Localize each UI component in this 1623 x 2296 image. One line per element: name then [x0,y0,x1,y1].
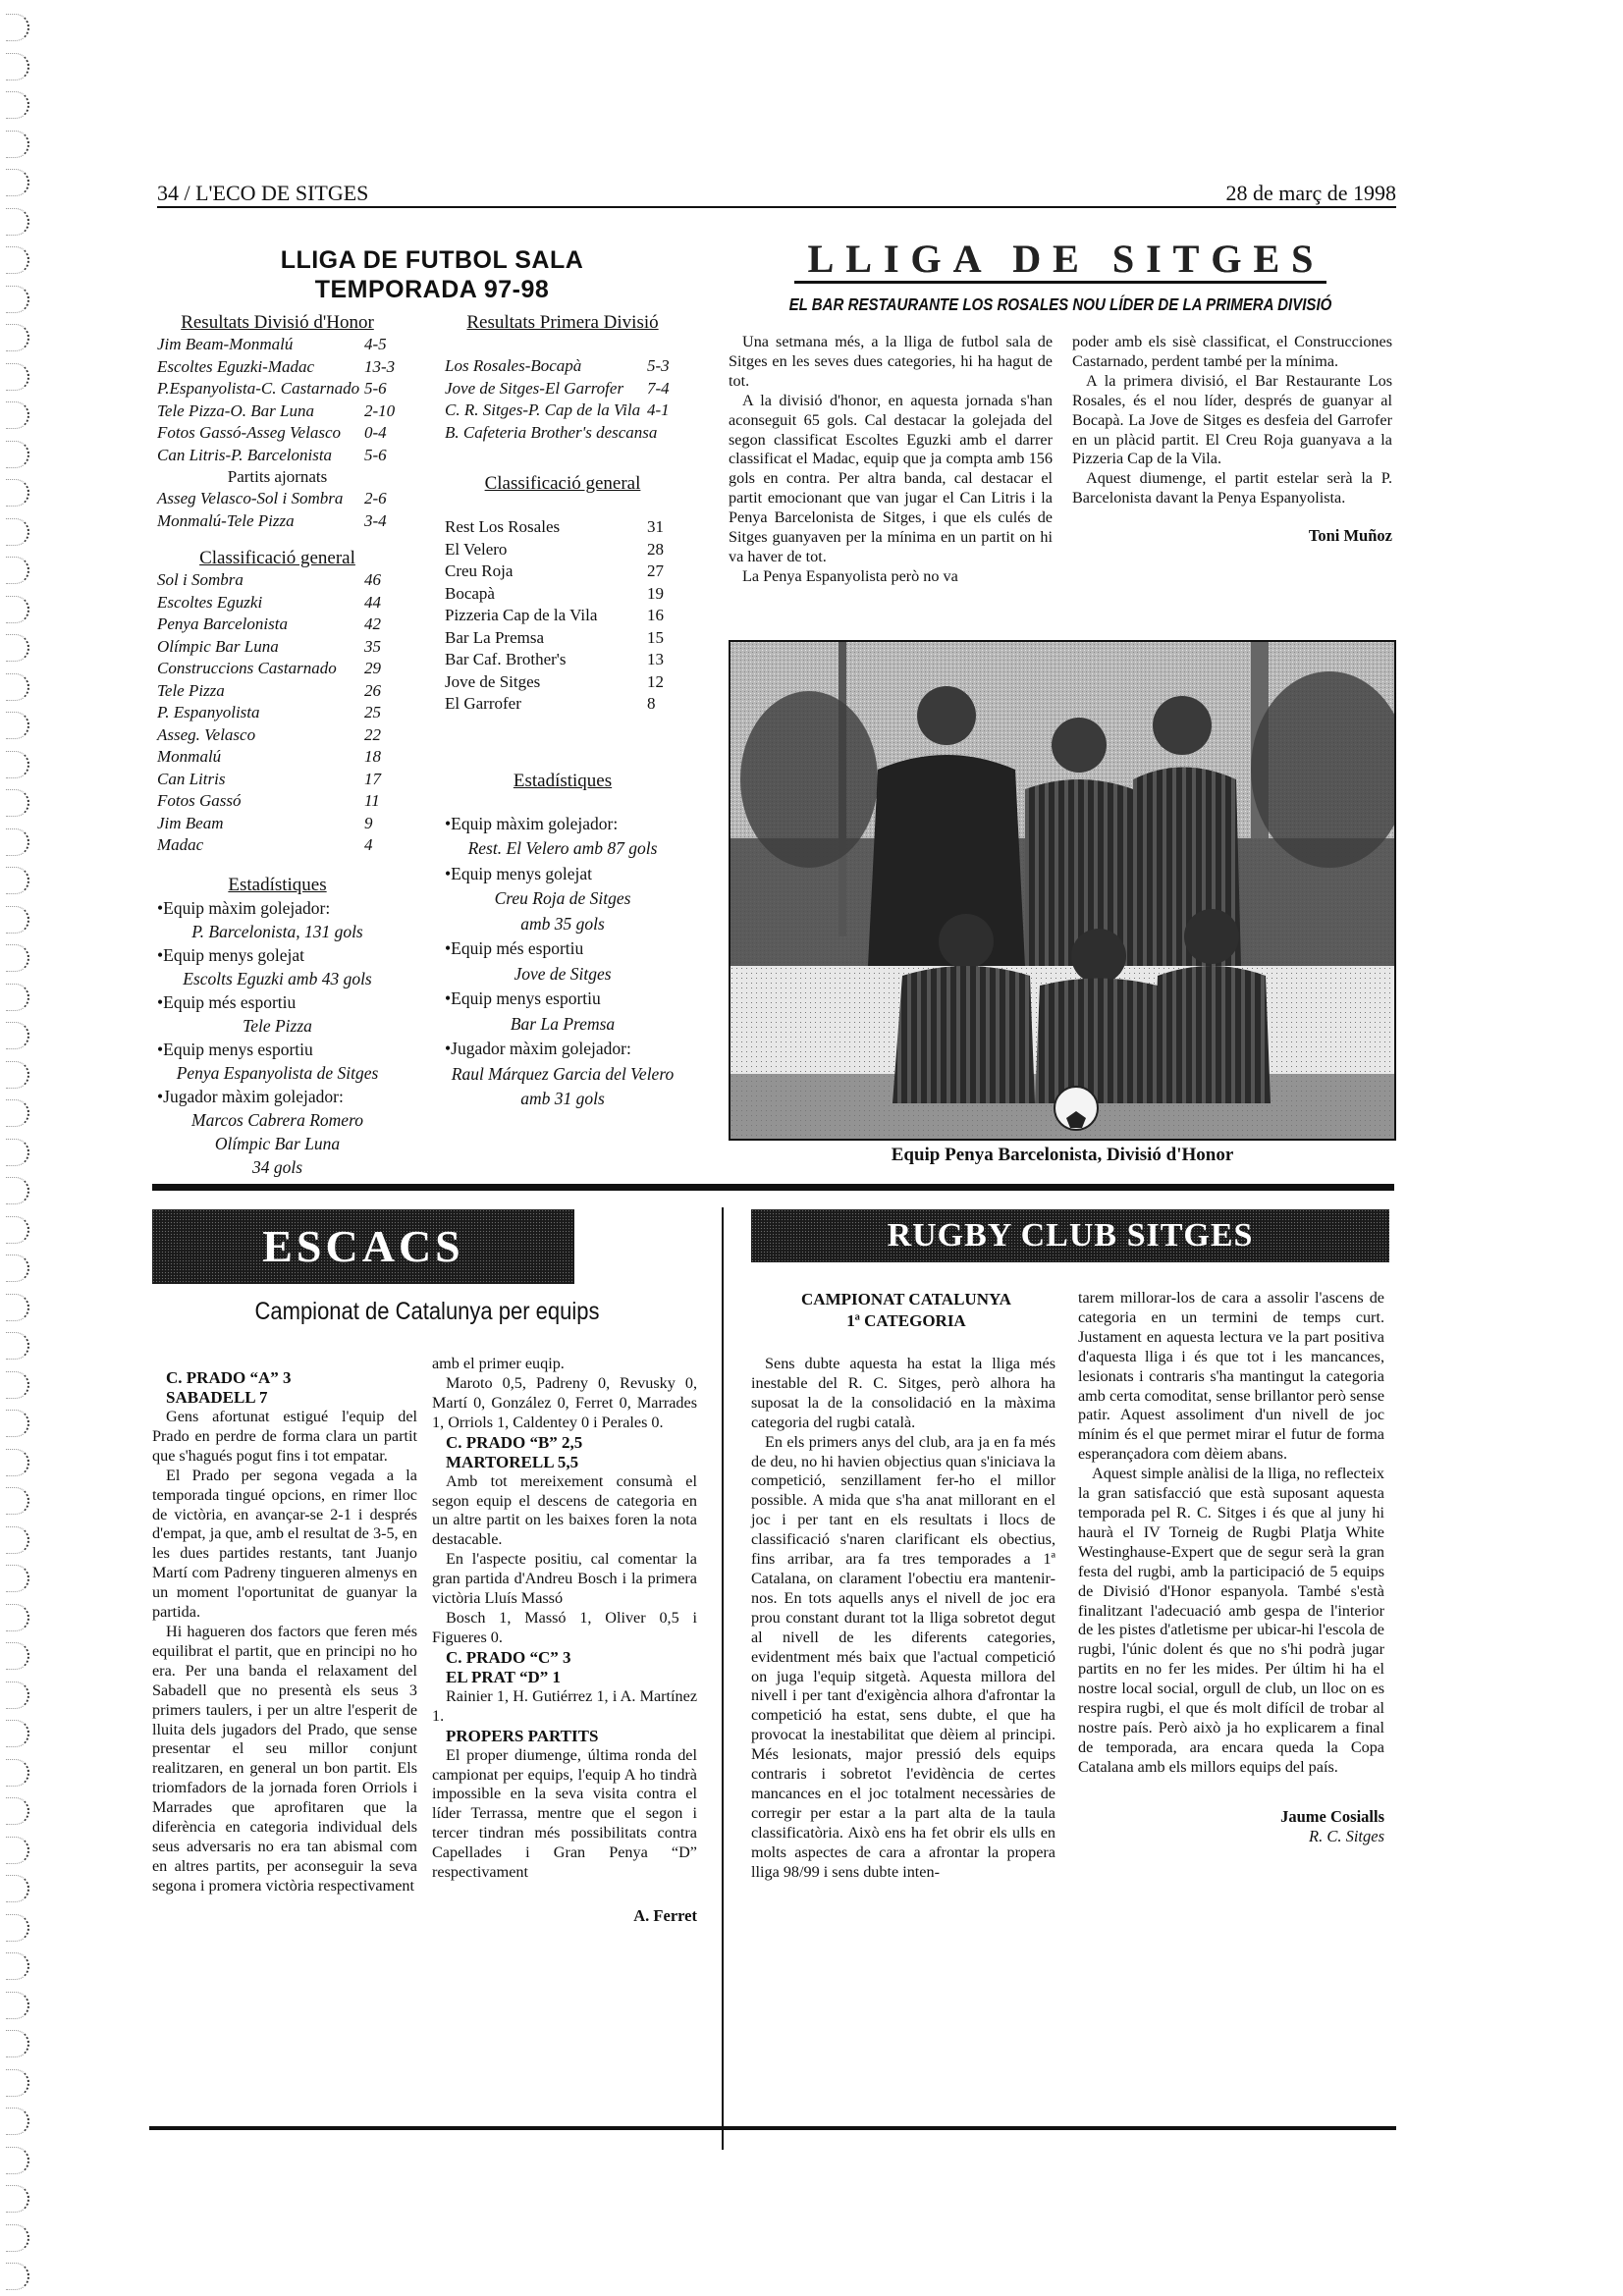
postponed-label: Partits ajornats [157,466,398,488]
match-result: EL PRAT “D” 1 [432,1668,697,1687]
binding-hole-icon [6,246,29,274]
paragraph: poder amb els sisè classificat, el Const… [1072,333,1392,372]
team: Can Litris [157,769,225,791]
standing-row: Jim Beam9 [157,813,398,835]
points: 12 [647,671,680,694]
binding-hole-icon [6,1952,29,1980]
binding-hole-icon [6,1371,29,1399]
binding-hole-icon [6,363,29,391]
score: 13-3 [364,356,398,379]
binding-hole-icon [6,131,29,158]
score: 5-6 [364,378,398,400]
primera-standings-list: Rest Los Rosales31 El Velero28 Creu Roja… [445,516,680,716]
binding-hole-icon [6,1914,29,1942]
result-row: Tele Pizza-O. Bar Luna2-10 [157,400,398,423]
standing-row: Tele Pizza26 [157,680,398,703]
stat-label: Equip menys golejat [157,943,398,967]
scores: Maroto 0,5, Padreny 0, Revusky 0, Martí … [432,1374,697,1433]
stat-label: Jugador màxim golejador: [157,1085,398,1108]
points: 44 [364,592,398,614]
standing-row: Sol i Sombra46 [157,569,398,592]
standing-row: El Garrofer8 [445,693,680,716]
binding-holes [0,0,59,2296]
honor-results-heading: Resultats Divisió d'Honor [157,312,398,334]
author-signature: Toni Muñoz [1072,526,1392,546]
points: 46 [364,569,398,592]
match: Jove de Sitges-El Garrofer [445,378,623,400]
result-row: Los Rosales-Bocapà5-3 [445,355,680,378]
escacs-column-2: amb el primer euqip. Maroto 0,5, Padreny… [432,1355,697,1926]
standing-row: Bar La Premsa15 [445,627,680,650]
match-result: C. PRADO “C” 3 [432,1648,697,1668]
paragraph: La Penya Espanyolista però no va [729,567,1053,587]
match: Fotos Gassó-Asseg Velasco [157,422,341,445]
postponed-list: Asseg Velasco-Sol i Sombra2-6 Monmalú-Te… [157,488,398,532]
binding-hole-icon [6,441,29,468]
team: Bocapà [445,583,495,606]
points: 22 [364,724,398,747]
standing-row: Pizzeria Cap de la Vila16 [445,605,680,627]
futbol-sala-title: LLIGA DE FUTBOL SALA TEMPORADA 97-98 [196,245,668,304]
honor-standings-heading: Classificació general [157,548,398,569]
match: Monmalú-Tele Pizza [157,510,295,533]
heading-line-2: 1ª CATEGORIA [754,1310,1058,1332]
binding-hole-icon [6,867,29,894]
binding-hole-icon [6,1139,29,1166]
binding-hole-icon [6,1255,29,1282]
result-row: C. R. Sitges-P. Cap de la Vila4-1 [445,400,680,422]
points: 42 [364,614,398,636]
team-photo [729,640,1396,1141]
title-line-1: LLIGA DE FUTBOL SALA [196,245,668,275]
stat-value: Creu Roja de Sitges [445,886,680,912]
binding-hole-icon [6,1061,29,1089]
issue-date: 28 de març de 1998 [1226,181,1397,206]
points: 8 [647,693,680,716]
binding-hole-icon [6,1720,29,1747]
binding-hole-icon [6,1410,29,1437]
binding-hole-icon [6,944,29,972]
next-matches-heading: PROPERS PARTITS [432,1727,697,1746]
score: 2-10 [364,400,398,423]
scores: Rainier 1, H. Gutiérrez 1, i A. Martínez… [432,1687,697,1727]
paragraph: El proper diumenge, última ronda del cam… [432,1746,697,1883]
binding-hole-icon [6,53,29,80]
match: C. R. Sitges-P. Cap de la Vila [445,400,640,422]
match-result: SABADELL 7 [152,1388,417,1408]
escacs-column-1: C. PRADO “A” 3 SABADELL 7 Gens afortunat… [152,1368,417,1896]
paragraph: Sens dubte aquesta ha estat la lliga més… [751,1355,1055,1433]
honor-stats-heading: Estadístiques [157,875,398,896]
team: El Garrofer [445,693,521,716]
team-photo-image [730,642,1396,1141]
binding-hole-icon [6,1604,29,1631]
binding-hole-icon [6,1837,29,1864]
points: 18 [364,746,398,769]
binding-hole-icon [6,1992,29,2019]
points: 31 [647,516,680,539]
binding-hole-icon [6,518,29,546]
match: Tele Pizza-O. Bar Luna [157,400,314,423]
binding-hole-icon [6,1099,29,1127]
score: 0-4 [364,422,398,445]
binding-hole-icon [6,1177,29,1204]
result-row: Monmalú-Tele Pizza3-4 [157,510,398,533]
result-row: P.Espanyolista-C. Castarnado5-6 [157,378,398,400]
stat-value: Escolts Eguzki amb 43 gols [157,967,398,990]
team: Madac [157,834,203,857]
stat-value: amb 31 gols [445,1087,680,1112]
binding-hole-icon [6,1294,29,1321]
team: Construccions Castarnado [157,658,337,680]
rest-note: B. Cafeteria Brother's descansa [445,422,680,445]
score: 5-3 [647,355,680,378]
binding-hole-icon [6,634,29,662]
stat-label: Equip menys esportiu [157,1038,398,1061]
stat-label: Equip més esportiu [157,990,398,1014]
match: P.Espanyolista-C. Castarnado [157,378,359,400]
match: Los Rosales-Bocapà [445,355,581,378]
paragraph: Una setmana més, a la lliga de futbol sa… [729,333,1053,392]
binding-hole-icon [6,1682,29,1709]
heading-line-1: CAMPIONAT CATALUNYA [754,1289,1058,1310]
team: Penya Barcelonista [157,614,288,636]
primera-standings-heading: Classificació general [445,473,680,495]
headline: LLIGA DE SITGES [794,238,1327,284]
points: 11 [364,790,398,813]
stat-value: 34 gols [157,1155,398,1179]
team: Rest Los Rosales [445,516,560,539]
binding-hole-icon [6,479,29,507]
points: 17 [364,769,398,791]
match: Escoltes Eguzki-Madac [157,356,314,379]
binding-hole-icon [6,1759,29,1787]
standing-row: Madac4 [157,834,398,857]
team: El Velero [445,539,507,561]
team: Asseg. Velasco [157,724,255,747]
photo-caption: Equip Penya Barcelonista, Divisió d'Hono… [729,1145,1396,1166]
rugby-column-2: tarem millorar-los de cara a assolir l'a… [1078,1289,1384,1845]
binding-hole-icon [6,1216,29,1244]
points: 13 [647,649,680,671]
standing-row: Construccions Castarnado29 [157,658,398,680]
binding-hole-icon [6,2263,29,2290]
match-result: C. PRADO “A” 3 [152,1368,417,1388]
result-row: Fotos Gassó-Asseg Velasco0-4 [157,422,398,445]
binding-hole-icon [6,1875,29,1902]
points: 29 [364,658,398,680]
binding-hole-icon [6,1487,29,1515]
stat-value: Bar La Premsa [445,1012,680,1038]
team: Bar La Premsa [445,627,544,650]
escacs-subtitle: Campionat de Catalunya per equips [186,1298,670,1326]
points: 9 [364,813,398,835]
paragraph: Aquest diumenge, el partit estelar serà … [1072,469,1392,508]
rugby-heading: CAMPIONAT CATALUNYA 1ª CATEGORIA [754,1289,1058,1332]
binding-hole-icon [6,596,29,623]
stat-value: Rest. El Velero amb 87 gols [445,836,680,862]
stat-value: amb 35 gols [445,912,680,937]
standing-row: Creu Roja27 [445,561,680,583]
score: 3-4 [364,510,398,533]
lliga-sitges-column-1: Una setmana més, a la lliga de futbol sa… [729,333,1053,587]
honor-results-list: Jim Beam-Monmalú4-5 Escoltes Eguzki-Mada… [157,334,398,466]
stat-value: Jove de Sitges [445,962,680,988]
paragraph: El Prado per segona vegada a la temporad… [152,1467,417,1623]
points: 15 [647,627,680,650]
team: Tele Pizza [157,680,225,703]
standing-row: Monmalú18 [157,746,398,769]
match-result: C. PRADO “B” 2,5 [432,1433,697,1453]
points: 4 [364,834,398,857]
binding-hole-icon [6,789,29,817]
binding-hole-icon [6,673,29,701]
match: Can Litris-P. Barcelonista [157,445,332,467]
team: Escoltes Eguzki [157,592,262,614]
binding-hole-icon [6,828,29,856]
match-result: MARTORELL 5,5 [432,1453,697,1472]
primera-stats: Equip màxim golejador: Rest. El Velero a… [445,812,680,1112]
paragraph: En l'aspecte positiu, cal comentar la gr… [432,1550,697,1609]
rugby-column-1: Sens dubte aquesta ha estat la lliga més… [751,1355,1055,1882]
binding-hole-icon [6,2147,29,2174]
score: 4-5 [364,334,398,356]
binding-hole-icon [6,2224,29,2252]
team: Sol i Sombra [157,569,243,592]
match: Jim Beam-Monmalú [157,334,293,356]
binding-hole-icon [6,324,29,351]
division-honor-column: Resultats Divisió d'Honor Jim Beam-Monma… [157,312,398,1179]
stat-label: Equip menys esportiu [445,987,680,1012]
paragraph: Aquest simple anàlisi de la lliga, no re… [1078,1465,1384,1778]
result-row: Jim Beam-Monmalú4-5 [157,334,398,356]
score: 4-1 [647,400,680,422]
result-row: Can Litris-P. Barcelonista5-6 [157,445,398,467]
points: 27 [647,561,680,583]
standing-row: Olímpic Bar Luna35 [157,636,398,659]
standing-row: Bar Caf. Brother's13 [445,649,680,671]
binding-hole-icon [6,208,29,236]
standing-row: Rest Los Rosales31 [445,516,680,539]
binding-hole-icon [6,2185,29,2213]
result-row: Asseg Velasco-Sol i Sombra2-6 [157,488,398,510]
scores: Bosch 1, Massó 1, Oliver 0,5 i Figueres … [432,1609,697,1648]
rugby-banner: RUGBY CLUB SITGES [751,1209,1389,1262]
stat-label: Jugador màxim golejador: [445,1037,680,1062]
paragraph: A la primera divisió, el Bar Restaurante… [1072,372,1392,470]
binding-hole-icon [6,286,29,313]
binding-hole-icon [6,1449,29,1476]
paragraph: amb el primer euqip. [432,1355,697,1374]
paragraph: Amb tot mereixement consumà el segon equ… [432,1472,697,1551]
lliga-sitges-column-2: poder amb els sisè classificat, el Const… [1072,333,1392,546]
stat-value: Olímpic Bar Luna [157,1132,398,1155]
bottom-rule [149,2126,1396,2130]
standing-row: Penya Barcelonista42 [157,614,398,636]
standing-row: P. Espanyolista25 [157,702,398,724]
standing-row: Bocapà19 [445,583,680,606]
result-row: Jove de Sitges-El Garrofer7-4 [445,378,680,400]
score: 5-6 [364,445,398,467]
result-row: Escoltes Eguzki-Madac13-3 [157,356,398,379]
binding-hole-icon [6,14,29,41]
paragraph: tarem millorar-los de cara a assolir l'a… [1078,1289,1384,1465]
team: Fotos Gassó [157,790,241,813]
binding-hole-icon [6,751,29,778]
binding-hole-icon [6,712,29,739]
binding-hole-icon [6,91,29,119]
paragraph: En els primers anys del club, ara ja en … [751,1433,1055,1883]
stat-value: P. Barcelonista, 131 gols [157,920,398,943]
binding-hole-icon [6,1797,29,1825]
binding-hole-icon [6,1022,29,1049]
section-divider [152,1184,1394,1191]
standing-row: Jove de Sitges12 [445,671,680,694]
page-number-and-paper: 34 / L'ECO DE SITGES [157,181,368,206]
stat-value: Marcos Cabrera Romero [157,1108,398,1132]
score: 7-4 [647,378,680,400]
binding-hole-icon [6,2108,29,2135]
points: 25 [364,702,398,724]
stat-label: Equip més esportiu [445,936,680,962]
stat-value: Tele Pizza [157,1014,398,1038]
team: Creu Roja [445,561,513,583]
score: 2-6 [364,488,398,510]
team: Jim Beam [157,813,224,835]
lliga-sitges-title: LLIGA DE SITGES [727,238,1394,284]
paragraph: A la divisió d'honor, en aquesta jornada… [729,392,1053,567]
standing-row: Asseg. Velasco22 [157,724,398,747]
binding-hole-icon [6,2030,29,2057]
standing-row: Fotos Gassó11 [157,790,398,813]
points: 28 [647,539,680,561]
binding-hole-icon [6,557,29,584]
author-signature: A. Ferret [432,1906,697,1926]
honor-stats: Equip màxim golejador: P. Barcelonista, … [157,896,398,1179]
match: Asseg Velasco-Sol i Sombra [157,488,343,510]
team: Bar Caf. Brother's [445,649,566,671]
stat-value: Raul Márquez Garcia del Velero [445,1062,680,1088]
page-header: 34 / L'ECO DE SITGES 28 de març de 1998 [157,177,1396,208]
team: Jove de Sitges [445,671,540,694]
binding-hole-icon [6,1526,29,1554]
stat-label: Equip màxim golejador: [157,896,398,920]
points: 16 [647,605,680,627]
binding-hole-icon [6,1332,29,1360]
standing-row: El Velero28 [445,539,680,561]
honor-standings-list: Sol i Sombra46 Escoltes Eguzki44 Penya B… [157,569,398,857]
team: Monmalú [157,746,221,769]
standing-row: Can Litris17 [157,769,398,791]
primera-divisio-column: Resultats Primera Divisió Los Rosales-Bo… [445,312,680,1112]
points: 19 [647,583,680,606]
primera-stats-heading: Estadístiques [445,771,680,792]
column-divider [722,1207,724,2150]
stat-label: Equip màxim golejador: [445,812,680,837]
binding-hole-icon [6,906,29,934]
escacs-banner: ESCACS [152,1209,574,1284]
team: Pizzeria Cap de la Vila [445,605,597,627]
stat-value: Penya Espanyolista de Sitges [157,1061,398,1085]
binding-hole-icon [6,401,29,429]
binding-hole-icon [6,2069,29,2097]
binding-hole-icon [6,169,29,196]
binding-hole-icon [6,1642,29,1670]
standing-row: Escoltes Eguzki44 [157,592,398,614]
points: 26 [364,680,398,703]
points: 35 [364,636,398,659]
primera-results-list: Los Rosales-Bocapà5-3 Jove de Sitges-El … [445,355,680,422]
author-signature: Jaume Cosialls [1078,1807,1384,1827]
author-organization: R. C. Sitges [1078,1827,1384,1846]
primera-results-heading: Resultats Primera Divisió [445,312,680,334]
binding-hole-icon [6,1565,29,1592]
team: Olímpic Bar Luna [157,636,279,659]
lliga-sitges-subtitle: EL BAR RESTAURANTE LOS ROSALES NOU LÍDER… [774,294,1348,315]
binding-hole-icon [6,984,29,1011]
headline-text: LLIGA DE SITGES [808,237,1325,281]
title-line-2: TEMPORADA 97-98 [196,275,668,304]
paragraph: Gens afortunat estigué l'equip del Prado… [152,1408,417,1467]
paragraph: Hi hagueren dos factors que feren més eq… [152,1623,417,1896]
team: P. Espanyolista [157,702,260,724]
stat-label: Equip menys golejat [445,862,680,887]
